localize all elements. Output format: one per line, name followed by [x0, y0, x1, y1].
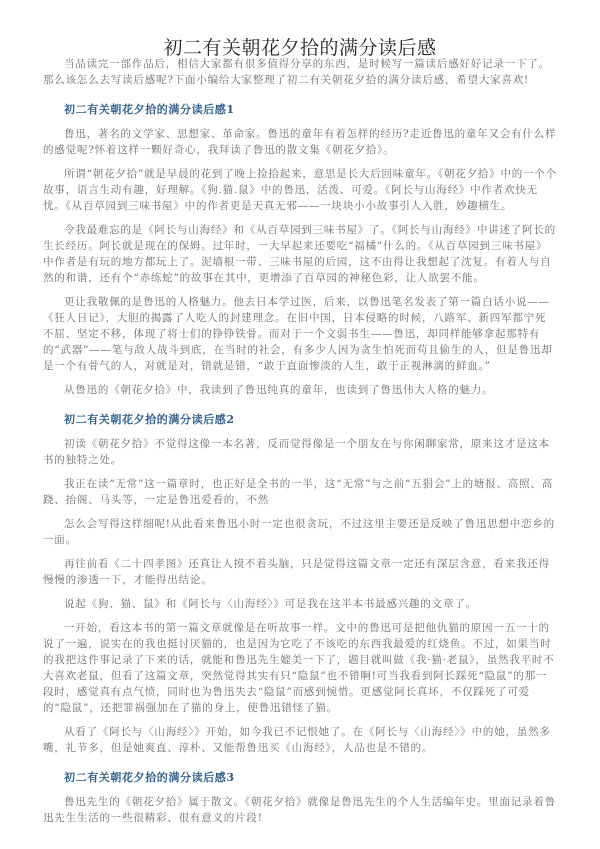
paragraph: 所谓“朝花夕拾”就是早晨的花到了晚上捡拾起来，意思是长大后回味童年。《朝花夕拾》…	[43, 167, 557, 215]
paragraph: 我正在读“无常”这一篇章时，也正好是全书的一半，这“无常”与之前“五猖会”上的塘…	[43, 477, 557, 509]
page-title: 初二有关朝花夕拾的满分读后感	[0, 33, 600, 60]
paragraph: 更让我敬佩的是鲁迅的人格魅力。他去日本学过医，后来，以鲁迅笔名发表了第一篇白话小…	[43, 295, 557, 375]
paragraph: 一开始，看这本书的第一篇文章就像是在听故事一样。文中的鲁迅可是把他仇猫的原因一五…	[43, 621, 557, 717]
section-heading-1: 初二有关朝花夕拾的满分读后感1	[64, 101, 235, 117]
paragraph: 再往前看《二十四孝图》还真让人摸不着头脑，只是觉得这篇文章一定还有深层含意，看来…	[43, 557, 557, 589]
intro-paragraph: 当品读完一部作品后，相信大家都有很多值得分享的东西，是时候写一篇读后感好好记录一…	[43, 57, 557, 89]
section-heading-2: 初二有关朝花夕拾的满分读后感2	[64, 411, 235, 427]
document-page: 初二有关朝花夕拾的满分读后感 当品读完一部作品后，相信大家都有很多值得分享的东西…	[0, 0, 600, 849]
paragraph: 令我最难忘的是《阿长与山海经》和《从百草园到三味书屋》了。《阿长与山海经》中讲述…	[43, 223, 557, 287]
paragraph: 从看了《阿长与〈山海经〉》开始，如今我已不记恨她了。在《阿长与〈山海经〉》中的她…	[43, 725, 557, 757]
paragraph: 初读《朝花夕拾》不觉得这像一本名著，反而觉得像是一个朋友在与你闲聊家常，原来这才…	[43, 437, 557, 469]
paragraph: 从鲁迅的《朝花夕拾》中，我读到了鲁迅纯真的童年，也读到了鲁迅伟大人格的魅力。	[43, 383, 557, 399]
section-heading-3: 初二有关朝花夕拾的满分读后感3	[64, 769, 235, 785]
paragraph: 说起《狗、猫、鼠》和《阿长与〈山海经〉》可是我在这半本书最感兴趣的文章了。	[43, 597, 557, 613]
paragraph: 鲁迅先生的《朝花夕拾》属于散文。《朝花夕拾》就像是鲁迅先生的个人生活编年史。里面…	[43, 795, 557, 827]
paragraph: 鲁迅，著名的文学家、思想家、革命家。鲁迅的童年有着怎样的经历?走近鲁迅的童年又会…	[43, 127, 557, 159]
paragraph: 怎么会写得这样细呢!从此看来鲁迅小时一定也很贪玩，不过这里主要还是反映了鲁迅思想…	[43, 517, 557, 549]
